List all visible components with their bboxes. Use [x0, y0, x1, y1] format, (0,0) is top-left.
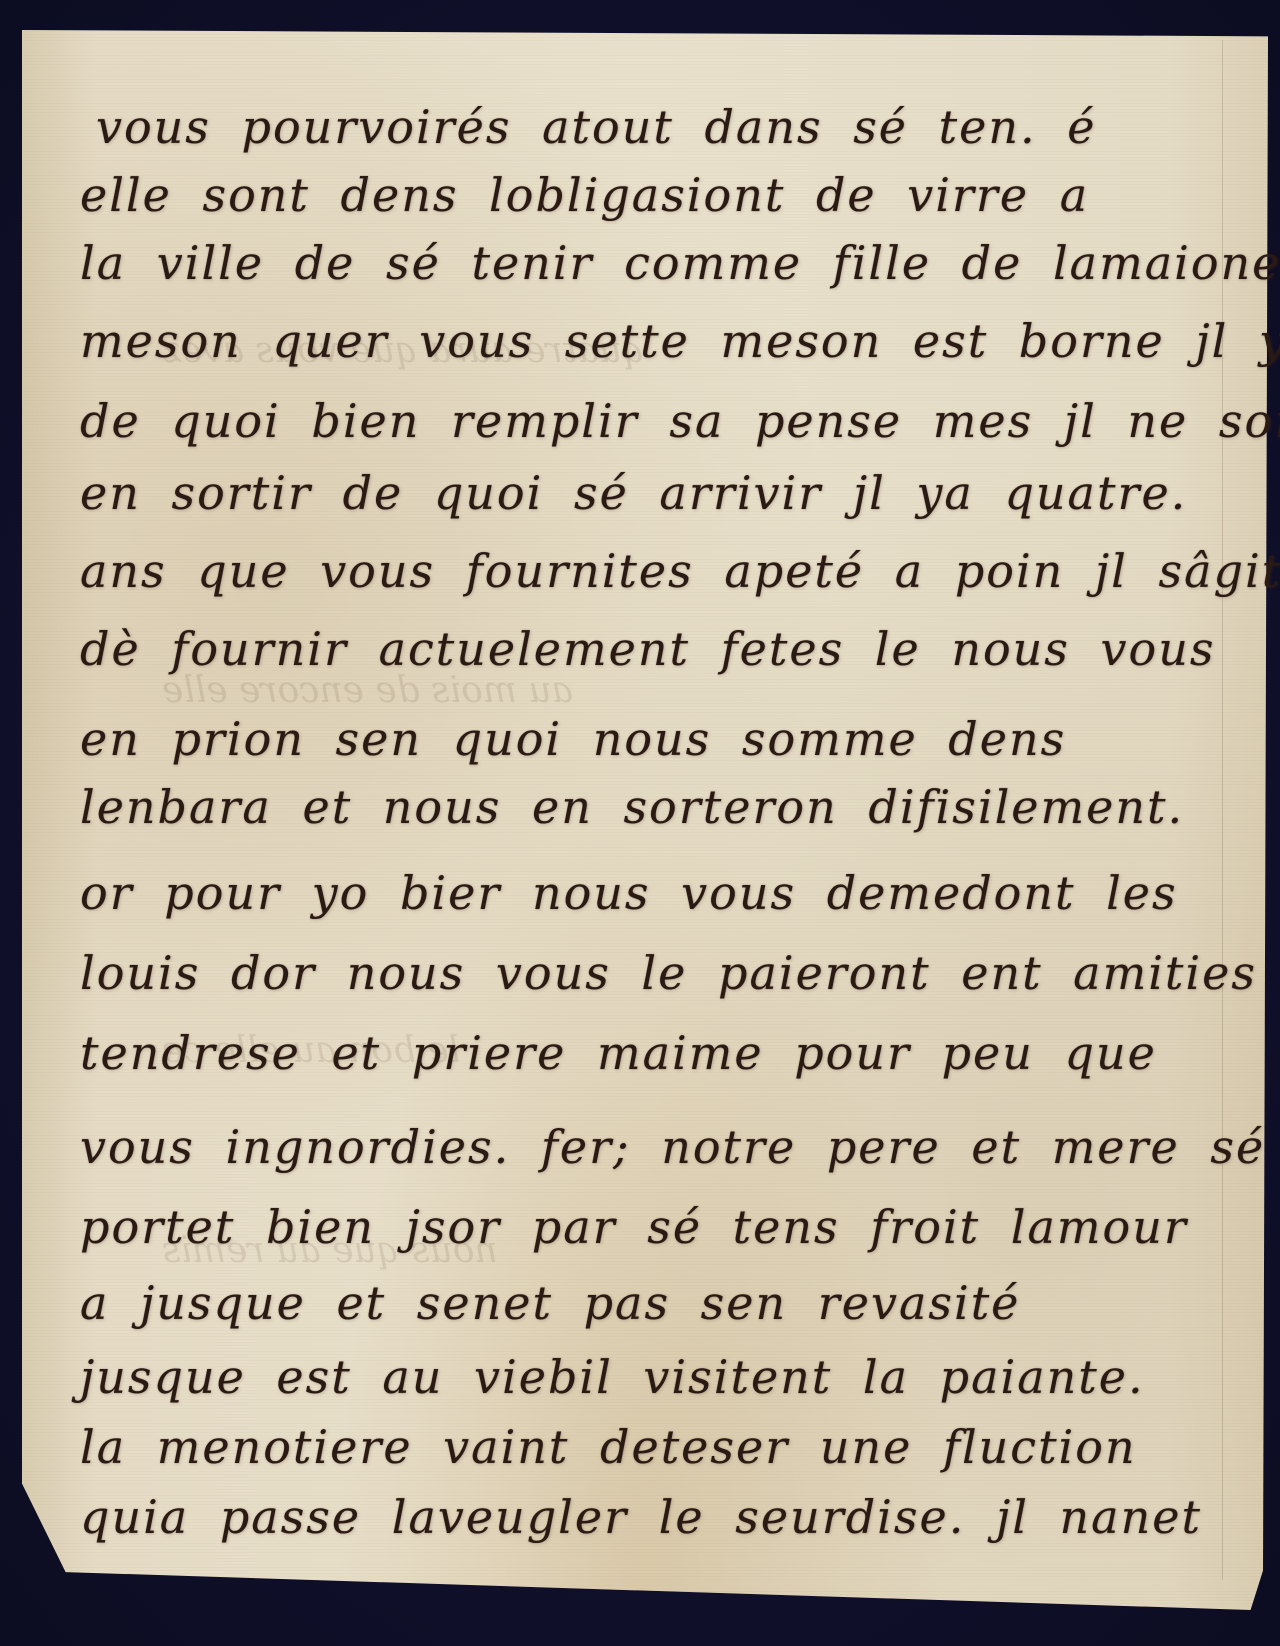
- letter-line-11: or pour yo bier nous vous demedont les: [80, 866, 1178, 920]
- letter-line-5: de quoi bien remplir sa pense mes jl ne …: [80, 394, 1280, 448]
- letter-line-1: vous pourvoirés atout dans sé ten. é: [96, 100, 1096, 154]
- letter-line-12: louis dor nous vous le paieront ent amit…: [80, 946, 1257, 1000]
- letter-line-9: en prion sen quoi nous somme dens: [80, 712, 1066, 766]
- letter-line-2: elle sont dens lobligasiont de virre a: [80, 168, 1089, 222]
- letter-line-14: vous ingnordies. fer; notre pere et mere…: [80, 1120, 1265, 1174]
- letter-line-3: la ville de sé tenir comme fille de lama…: [80, 236, 1280, 290]
- letter-line-6: en sortir de quoi sé arrivir jl ya quatr…: [80, 466, 1187, 520]
- letter-line-19: quia passe laveugler le seurdise. jl nan…: [80, 1490, 1202, 1544]
- letter-line-13: tendrese et priere maime pour peu que: [80, 1026, 1157, 1080]
- letter-line-10: lenbara et nous en sorteron difisilement…: [80, 780, 1184, 834]
- bleed-through-text: au mois de encore elle: [162, 670, 573, 711]
- letter-line-8: dè fournir actuelement fetes le nous vou…: [80, 622, 1215, 676]
- letter-line-4: meson quer vous sette meson est borne jl…: [80, 314, 1280, 368]
- letter-line-18: la menotiere vaint deteser une fluction: [80, 1420, 1137, 1474]
- letter-line-7: ans que vous fournites apeté a poin jl s…: [80, 544, 1280, 598]
- letter-line-16: a jusque et senet pas sen revasité: [80, 1276, 1020, 1330]
- letter-line-15: portet bien jsor par sé tens froit lamou…: [80, 1200, 1188, 1254]
- letter-line-17: jusque est au viebil visitent la paiante…: [80, 1350, 1145, 1404]
